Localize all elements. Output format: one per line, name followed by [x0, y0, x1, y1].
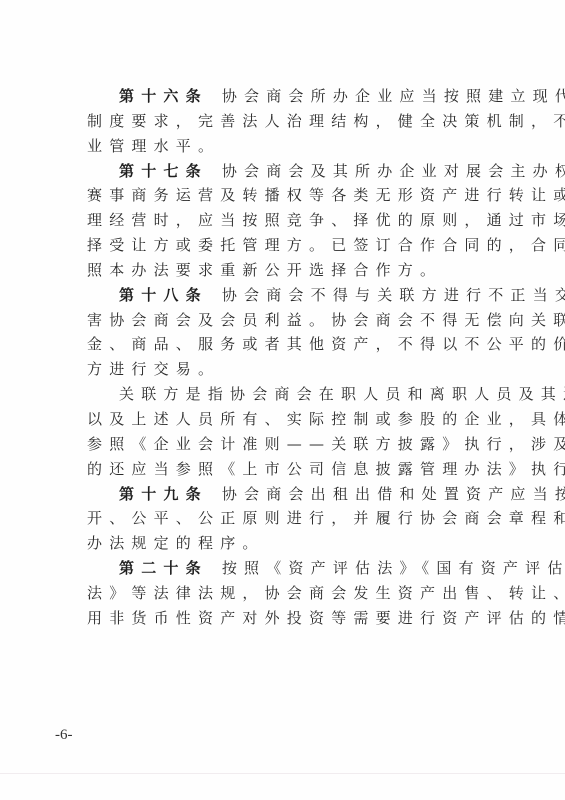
- article-18-line-4: 方进行交易。: [87, 357, 467, 382]
- article-20-line-2: 法》等法律法规，协会商会发生资产出售、转让、置换或利: [87, 581, 467, 606]
- article-19-text-2: 开、公平、公正原则进行，并履行协会商会章程和资产管理: [87, 506, 565, 531]
- article-17-text-1: 协会商会及其所办企业对展会主办权、体育: [222, 159, 565, 184]
- article-19-text-1: 协会商会出租出借和处置资产应当按照公: [222, 482, 565, 507]
- related-party-text-4: 的还应当参照《上市公司信息披露管理办法》执行。: [87, 457, 565, 482]
- article-20-line-1: 第二十条 按照《资产评估法》《国有资产评估管理办: [87, 556, 467, 581]
- related-party-line-2: 以及上述人员所有、实际控制或参股的企业，具体认定标准: [87, 407, 467, 432]
- related-party-line-3: 参照《企业会计准则——关联方披露》执行，涉及上市公司: [87, 432, 467, 457]
- article-20-line-3: 用非货币性资产对外投资等需要进行资产评估的情形时，应: [87, 606, 467, 631]
- article-20-text-3: 用非货币性资产对外投资等需要进行资产评估的情形时，应: [87, 606, 565, 631]
- article-17-text-3: 理经营时，应当按照竞争、择优的原则，通过市场化方式选: [87, 208, 565, 233]
- article-17-line-4: 择受让方或委托管理方。已签订合作合同的，合同期满后按: [87, 233, 467, 258]
- article-19-label: 第十九条: [119, 482, 208, 507]
- article-16-text-3: 业管理水平。: [87, 134, 220, 159]
- article-18-line-3: 金、商品、服务或者其他资产，不得以不公平的价格与关联: [87, 332, 467, 357]
- article-19-text-3: 办法规定的程序。: [87, 531, 265, 556]
- article-18-text-3: 金、商品、服务或者其他资产，不得以不公平的价格与关联: [87, 332, 565, 357]
- related-party-text-3: 参照《企业会计准则——关联方披露》执行，涉及上市公司: [87, 432, 565, 457]
- related-party-line-4: 的还应当参照《上市公司信息披露管理办法》执行。: [87, 457, 467, 482]
- document-page: 第十六条 协会商会所办企业应当按照建立现代企业 制度要求，完善法人治理结构，健全…: [0, 0, 565, 800]
- article-18-label: 第十八条: [119, 283, 208, 308]
- article-18-line-1: 第十八条 协会商会不得与关联方进行不正当交易，损: [87, 283, 467, 308]
- article-18-line-2: 害协会商会及会员利益。协会商会不得无偿向关联方提供资: [87, 308, 467, 333]
- article-16-line-3: 业管理水平。: [87, 134, 467, 159]
- article-17-text-5: 照本办法要求重新公开选择合作方。: [87, 258, 442, 283]
- related-party-text-1: 关联方是指协会商会在职人员和离职人员及其近亲属，: [119, 382, 565, 407]
- article-20-label: 第二十条: [119, 556, 208, 581]
- article-20-text-1: 按照《资产评估法》《国有资产评估管理办: [222, 556, 565, 581]
- article-17-line-5: 照本办法要求重新公开选择合作方。: [87, 258, 467, 283]
- article-16-text-2: 制度要求，完善法人治理结构，健全决策机制，不断提升企: [87, 109, 565, 134]
- article-17-line-1: 第十七条 协会商会及其所办企业对展会主办权、体育: [87, 159, 467, 184]
- article-16-text-1: 协会商会所办企业应当按照建立现代企业: [222, 84, 565, 109]
- article-20-text-2: 法》等法律法规，协会商会发生资产出售、转让、置换或利: [87, 581, 565, 606]
- article-17-line-3: 理经营时，应当按照竞争、择优的原则，通过市场化方式选: [87, 208, 467, 233]
- article-17-label: 第十七条: [119, 159, 208, 184]
- article-16-line-1: 第十六条 协会商会所办企业应当按照建立现代企业: [87, 84, 467, 109]
- related-party-line-1: 关联方是指协会商会在职人员和离职人员及其近亲属，: [87, 382, 467, 407]
- article-17-line-2: 赛事商务运营及转播权等各类无形资产进行转让或委托管: [87, 183, 467, 208]
- article-18-text-4: 方进行交易。: [87, 357, 220, 382]
- article-19-line-2: 开、公平、公正原则进行，并履行协会商会章程和资产管理: [87, 506, 467, 531]
- article-19-line-3: 办法规定的程序。: [87, 531, 467, 556]
- scan-edge-divider: [0, 773, 565, 774]
- page-number: -6-: [55, 727, 73, 744]
- article-18-text-1: 协会商会不得与关联方进行不正当交易，损: [222, 283, 565, 308]
- article-19-line-1: 第十九条 协会商会出租出借和处置资产应当按照公: [87, 482, 467, 507]
- related-party-text-2: 以及上述人员所有、实际控制或参股的企业，具体认定标准: [87, 407, 565, 432]
- article-18-text-2: 害协会商会及会员利益。协会商会不得无偿向关联方提供资: [87, 308, 565, 333]
- document-body: 第十六条 协会商会所办企业应当按照建立现代企业 制度要求，完善法人治理结构，健全…: [87, 84, 467, 631]
- article-17-text-4: 择受让方或委托管理方。已签订合作合同的，合同期满后按: [87, 233, 565, 258]
- article-17-text-2: 赛事商务运营及转播权等各类无形资产进行转让或委托管: [87, 183, 565, 208]
- article-16-label: 第十六条: [119, 84, 208, 109]
- article-16-line-2: 制度要求，完善法人治理结构，健全决策机制，不断提升企: [87, 109, 467, 134]
